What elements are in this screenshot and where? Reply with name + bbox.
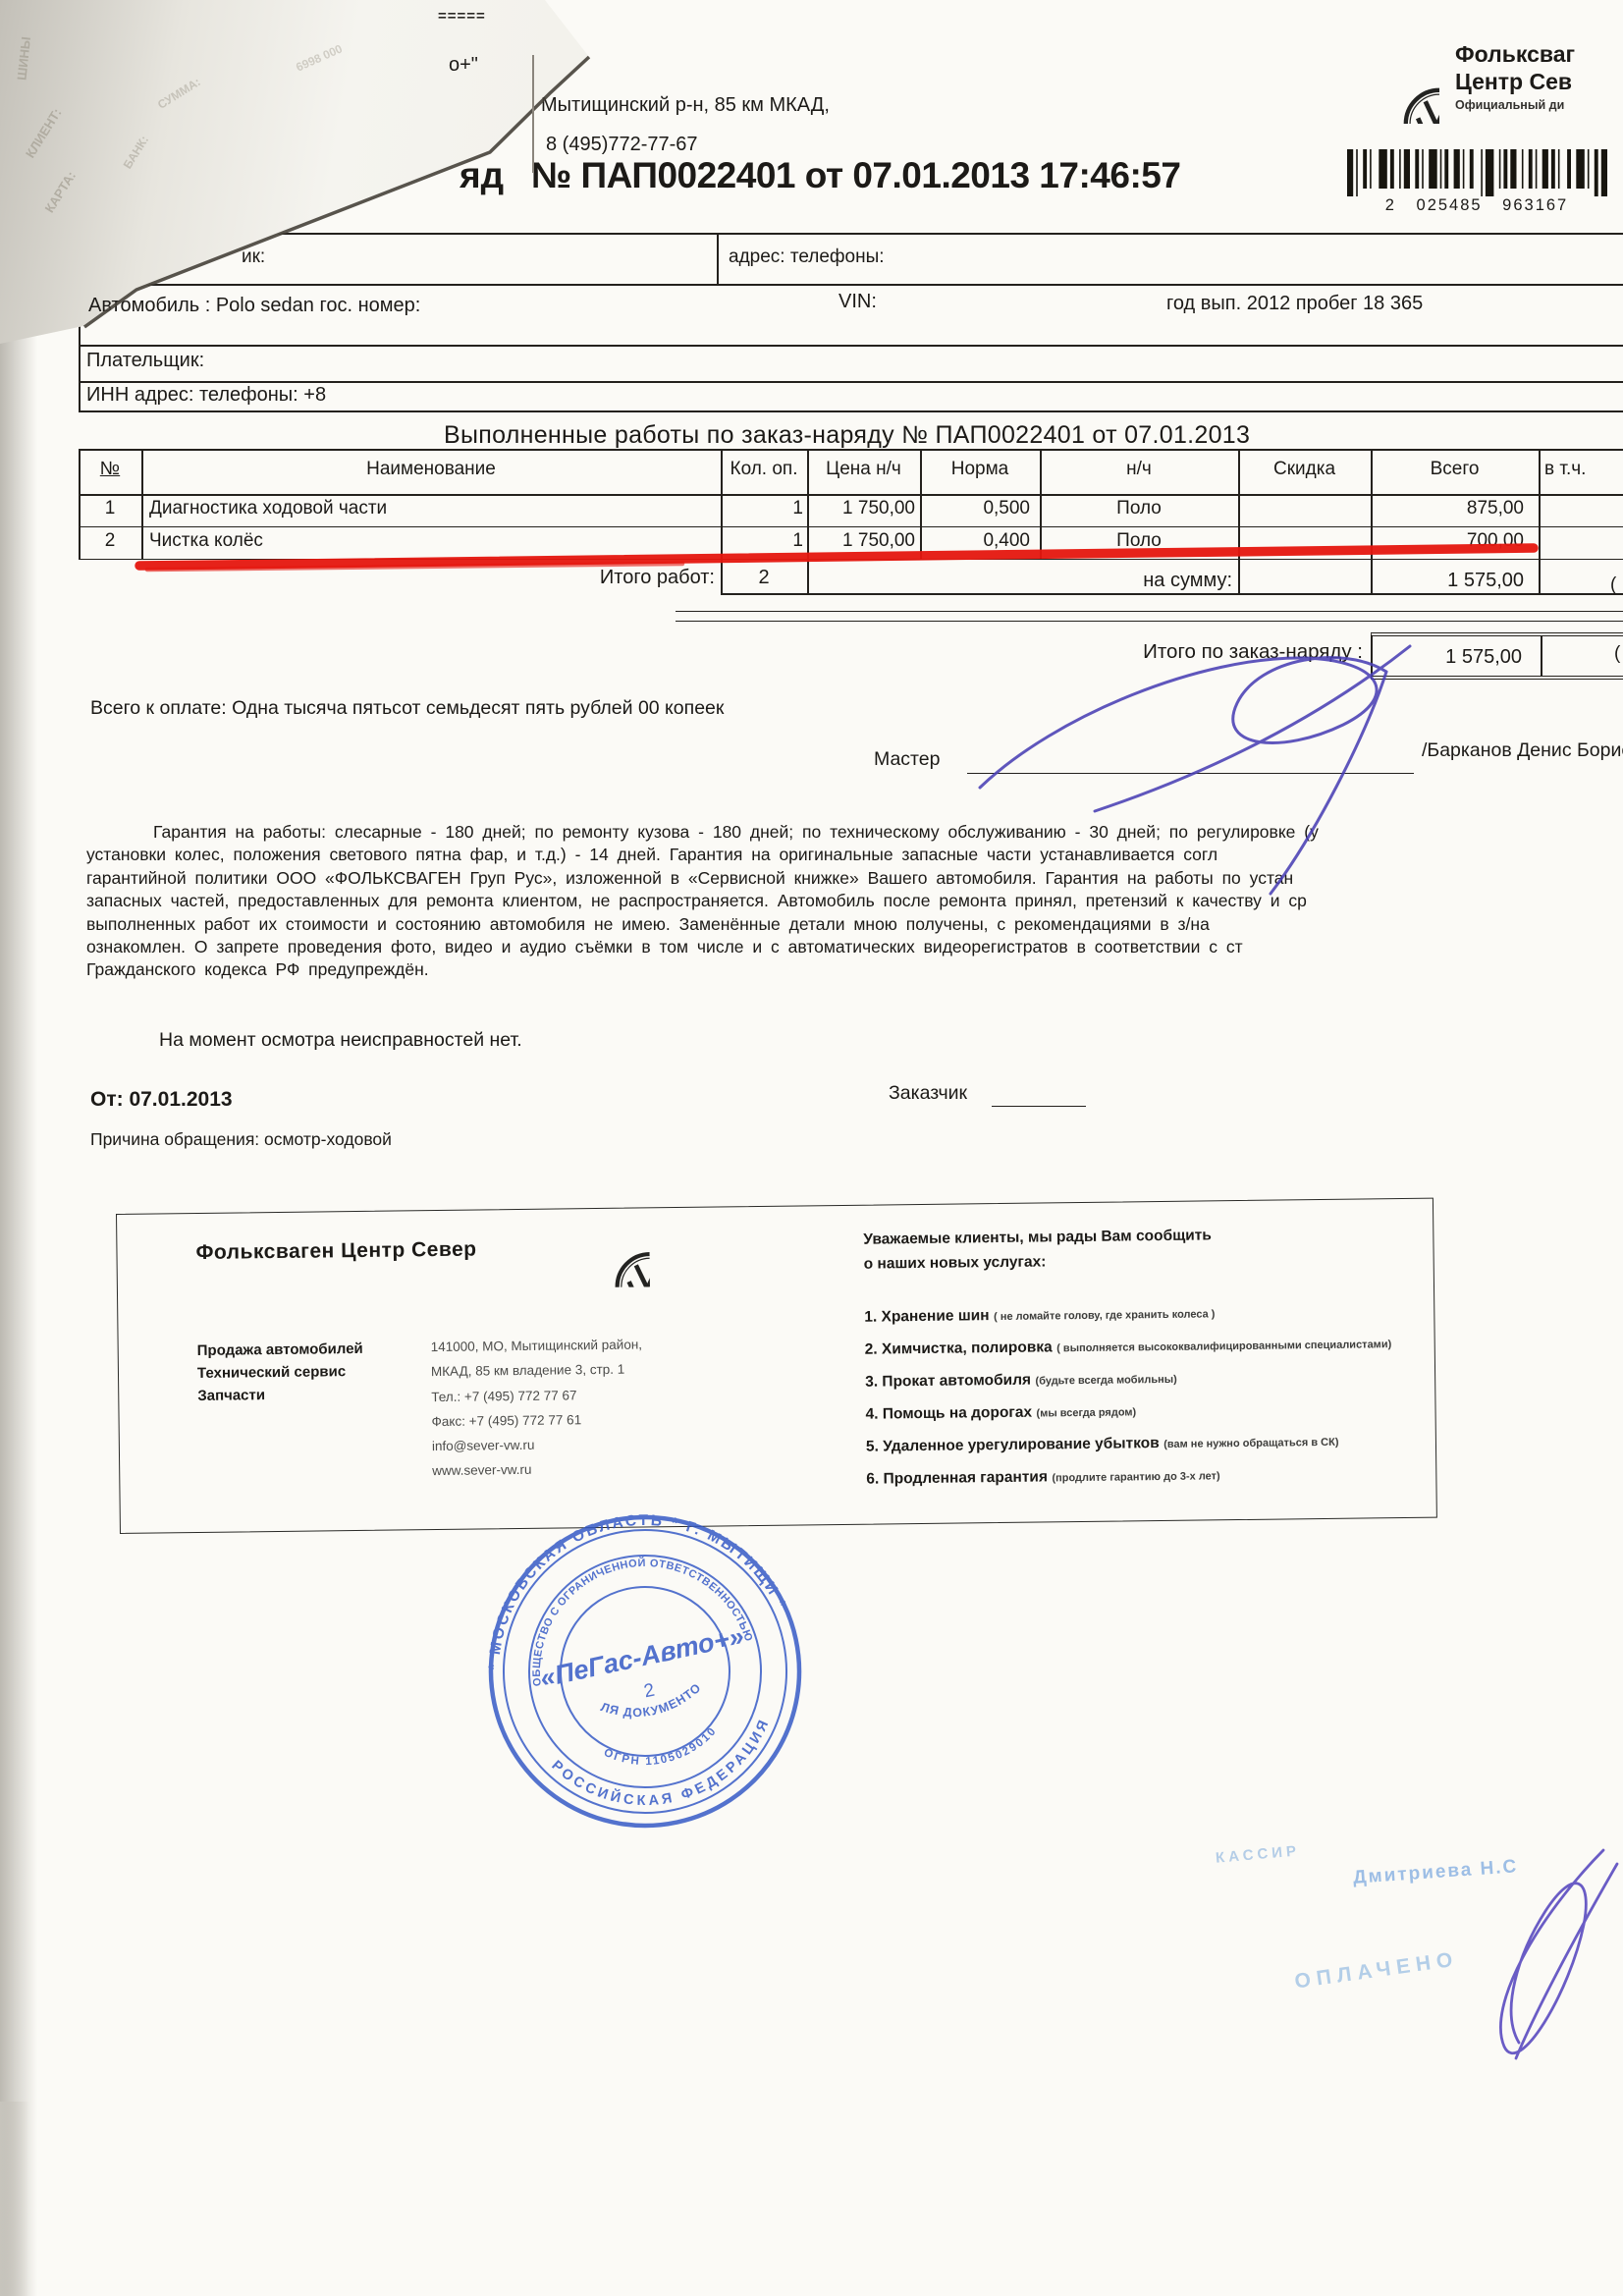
payer-label: Плательщик: [86,350,204,372]
promo-heading-line1: Уважаемые клиенты, мы рады Вам сообщить [863,1227,1212,1248]
promo-heading-line2: о наших новых услугах: [864,1253,1047,1273]
service-item: 6. Продленная гарантия (продлите гаранти… [866,1457,1393,1497]
warranty-line: гарантийной политики ООО «ФОЛЬКСВАГЕН Гр… [86,867,1620,890]
order-date: От: 07.01.2013 [90,1088,233,1112]
company-round-stamp: * МОСКОВСКАЯ ОБЛАСТЬ * Г. МЫТИЩИ * РОССИ… [478,1504,812,1838]
order-total-label: Итого по заказ-наряду : [1001,641,1363,664]
customer-signature-line [992,1106,1086,1107]
master-name: /Барканов Денис Борисо [1422,739,1623,762]
works-row-price: 1 750,00 [807,531,915,552]
visit-reason: Причина обращения: осмотр-ходовой [90,1129,392,1150]
department-item: Продажа автомобилей [197,1338,363,1362]
info-table-top-border [79,233,1623,235]
vw-logo-icon [576,1214,650,1287]
dealer-name-line1: Фольксваг [1455,41,1575,68]
works-row-model: Поло [1040,499,1238,519]
contact-line: Тел.: +7 (495) 772 77 67 [431,1382,643,1409]
works-row-total: 700,00 [1371,531,1524,552]
car-field: Автомобиль : Polo sedan гос. номер: [88,295,420,317]
service-name: 2. Химчистка, полировка [865,1339,1053,1357]
service-note: (продлите гарантию до 3-х лет) [1052,1470,1219,1484]
department-item: Технический сервис [197,1360,363,1385]
master-signature-line [967,773,1414,774]
address-phones-label: адрес: телефоны: [729,246,885,268]
department-item: Запчасти [197,1383,363,1407]
service-name: 1. Хранение шин [864,1307,989,1326]
works-col-header: Всего [1371,460,1539,480]
works-row-total: 875,00 [1371,499,1524,519]
service-name: 4. Помощь на дорогах [865,1404,1032,1423]
works-totals-qty: 2 [721,567,807,588]
company-address-line: Мытищинский р-н, 85 км МКАД, [541,94,830,117]
info-row4-bottom-border [79,410,1623,412]
barcode [1343,149,1614,198]
dealer-name-line2: Центр Сев [1455,69,1572,95]
order-title: № ПАП0022401 от 07.01.2013 17:46:57 [531,155,1180,196]
scan-corner-shade [0,2102,29,2296]
service-note: (вам не нужно обращаться в СК) [1163,1437,1338,1450]
works-totals-label: Итого работ: [471,567,715,588]
works-sum-label: на сумму: [1040,570,1232,591]
vin-label: VIN: [839,291,877,313]
info-row3-bottom-border [79,381,1623,383]
order-total-box-divider [1541,636,1542,676]
warranty-line: Гарантия на работы: слесарные - 180 дней… [86,821,1620,844]
works-col-header: н/ч [1040,460,1238,480]
warranty-line: установки колес, положения светового пят… [86,844,1620,866]
works-col-header: № [79,460,141,480]
dealer-box-title: Фольксваген Центр Север [195,1238,476,1265]
service-note: (будьте всегда мобильны) [1035,1374,1176,1388]
info-row1-bottom-border [79,284,1623,286]
order-total-value: 1 575,00 [1373,646,1522,668]
order-total-upper-rule [676,611,1623,612]
scanned-work-order-document: яд № ПАП0022401 от 07.01.2013 17:46:57 и… [0,0,1623,2296]
works-col-border [1539,449,1541,593]
info-row2-bottom-border [79,345,1623,347]
dealer-subtitle: Официальный ди [1455,98,1564,112]
service-item: 5. Удаленное урегулирование убытков (вам… [866,1425,1393,1464]
master-label: Мастер [874,748,940,771]
works-col-header: Кол. оп. [717,460,811,480]
contact-line: Факс: +7 (495) 772 77 61 [431,1406,643,1434]
service-name: 5. Удаленное урегулирование убытков [866,1435,1160,1455]
company-name-fragment: о+" [449,54,478,77]
works-header-bottom-border [79,494,1623,496]
info-row1-divider [717,233,719,284]
order-total-box: 1 575,00 [1371,632,1623,680]
works-col-header: в т.ч. [1544,460,1623,480]
no-faults-note: На момент осмотра неисправностей нет. [159,1029,522,1052]
works-row1-bottom-border [79,526,1623,527]
contact-line: www.sever-vw.ru [432,1456,644,1484]
works-row-name: Диагностика ходовой части [149,499,387,519]
company-phone-line: 8 (495)772-77-67 [546,134,698,156]
service-item: 2. Химчистка, полировка ( выполняется вы… [865,1328,1392,1367]
contact-line: 141000, МО, Мытищинский район, [431,1332,643,1359]
works-row-model: Поло [1040,531,1238,552]
works-row-qty: 1 [717,531,803,552]
dealer-info-box: Фольксваген Центр Север Продажа автомоби… [116,1198,1437,1534]
warranty-line: запасных частей, предоставленных для рем… [86,890,1620,912]
contact-line: МКАД, 85 км владение 3, стр. 1 [431,1357,643,1385]
works-table-top-border [79,449,1623,451]
works-row-num: 1 [79,499,141,519]
works-section-title: Выполненные работы по заказ-наряду № ПАП… [444,421,1250,450]
clipped-next-column-fragment: ( [1614,644,1620,665]
warranty-line: выполненных работ их стоимости и состоян… [86,913,1620,936]
warranty-line: Гражданского кодекса РФ предупреждён. [86,958,1620,981]
cashier-stamp-text: КАССИР [1215,1842,1300,1866]
dealer-contacts: 141000, МО, Мытищинский район, МКАД, 85 … [431,1332,644,1483]
works-row-norm: 0,500 [920,499,1030,519]
year-mileage-field: год вып. 2012 пробег 18 365 [1166,293,1423,315]
customer-label-fragment: ик: [242,246,265,268]
works-col-header: Норма [920,460,1040,480]
works-totals-bottom-border [721,593,1623,595]
works-row-price: 1 750,00 [807,499,915,519]
cashier-name-stamp-text: Дмитриева Н.С [1352,1856,1519,1889]
inn-field: ИНН адрес: телефоны: +8 [86,384,326,407]
works-col-header: Наименование [141,460,721,480]
services-list: 1. Хранение шин ( не ломайте голову, где… [864,1295,1393,1497]
order-total-upper-rule [676,621,1623,622]
works-row-norm: 0,400 [920,531,1030,552]
stamp-number: 2 [642,1680,657,1703]
works-sum-value: 1 575,00 [1371,570,1524,591]
slip-dashes: ===== [438,8,486,25]
service-note: ( не ломайте голову, где хранить колеса … [994,1308,1215,1323]
amount-in-words: Всего к оплате: Одна тысяча пятьсот семь… [90,697,724,720]
contact-line: info@sever-vw.ru [432,1432,644,1459]
works-row-num: 2 [79,531,141,552]
scan-left-edge [0,0,37,2296]
service-name: 6. Продленная гарантия [866,1468,1048,1487]
cashier-signature [1500,1850,1617,2058]
warranty-paragraph: Гарантия на работы: слесарные - 180 дней… [86,821,1620,982]
service-note: (мы всегда рядом) [1036,1406,1136,1419]
works-row-name: Чистка колёс [149,531,263,552]
works-row2-bottom-border [79,559,1623,560]
service-note: ( выполняется высококвалифицированными с… [1056,1339,1391,1354]
vw-logo-icon [1365,49,1439,124]
service-name: 3. Прокат автомобиля [865,1372,1031,1391]
customer-signature-label: Заказчик [889,1082,967,1105]
works-col-header: Скидка [1238,460,1371,480]
barcode-digits: 2 025485 963167 [1339,196,1614,215]
works-col-header: Цена н/ч [807,460,920,480]
warranty-line: ознакомлен. О запрете проведения фото, в… [86,936,1620,958]
paid-stamp-text: ОПЛАЧЕНО [1293,1947,1460,1994]
works-row-qty: 1 [717,499,803,519]
dealer-departments: Продажа автомобилей Технический сервис З… [197,1338,364,1407]
clipped-next-column-fragment: ( [1610,575,1616,596]
